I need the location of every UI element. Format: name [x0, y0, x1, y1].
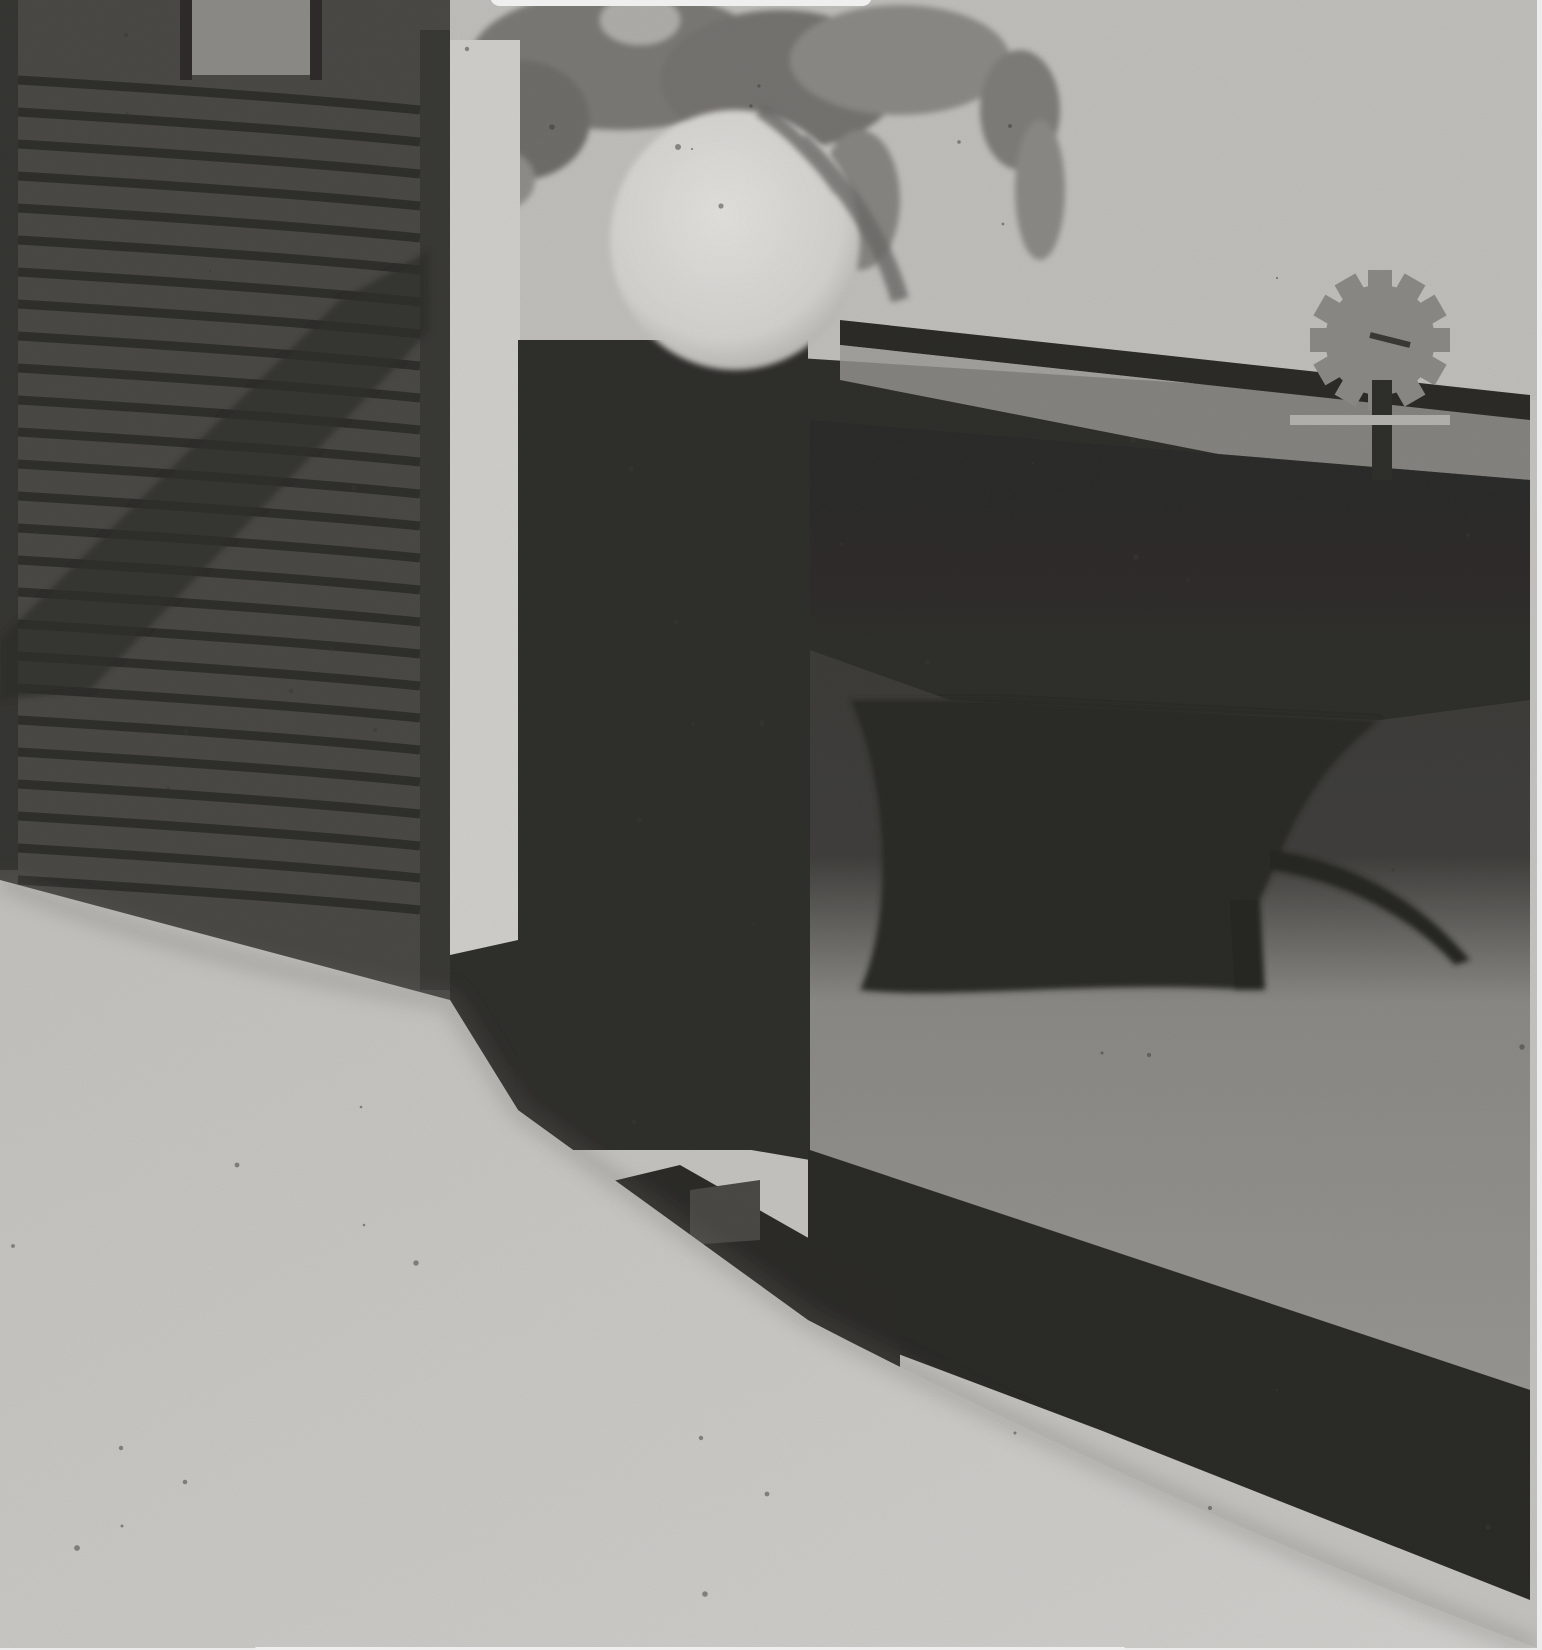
- louvered-screen: [0, 0, 450, 1000]
- vase: [610, 110, 860, 370]
- right-page-edge: [1537, 0, 1542, 1650]
- photo-canvas: [0, 0, 1537, 1648]
- top-overlay-pill: [490, 0, 872, 6]
- photograph: [0, 0, 1537, 1648]
- wall-strip: [450, 40, 520, 970]
